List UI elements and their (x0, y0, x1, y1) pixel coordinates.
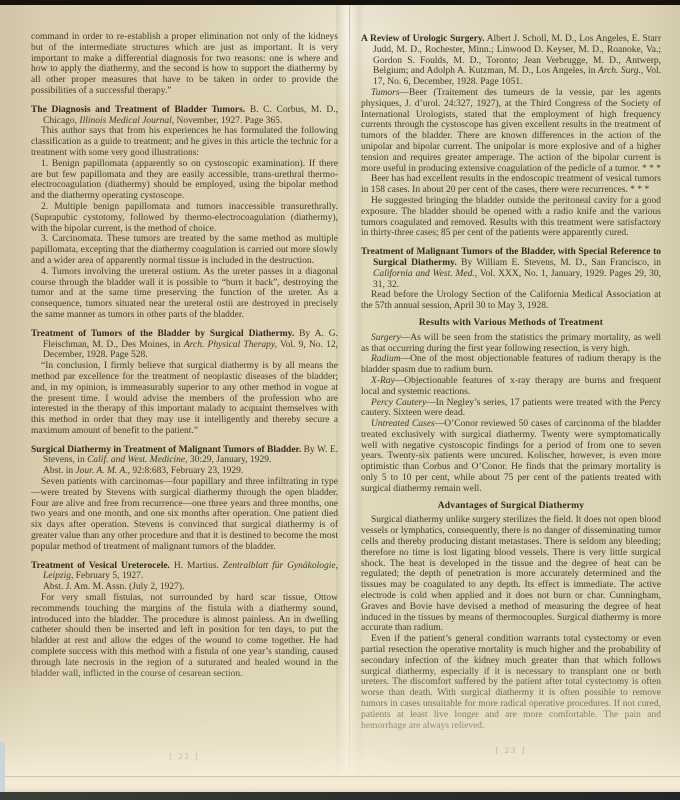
left-page: command in order to re-establish a prope… (31, 32, 338, 778)
entry-heading: The Diagnosis and Treatment of Bladder T… (31, 105, 338, 127)
paragraph: 1. Benign papillomata (apparently so on … (31, 159, 338, 202)
entry-heading: Treatment of Tumors of the Bladder by Su… (31, 329, 338, 361)
reference-line: Abst. in Jour. A. M. A., 92:8:683, Febru… (31, 466, 338, 477)
paragraph: For very small fistulas, not surrounded … (31, 593, 338, 679)
paragraph: He suggested bringing the bladder outsid… (361, 196, 661, 239)
reference-line: Abst. J. Am. M. Assn. (July 2, 1927). (31, 582, 338, 593)
paragraph: Untreated Cases—O’Conor reviewed 50 case… (361, 419, 661, 495)
paragraph: Radium—One of the most objectionable fea… (361, 354, 661, 376)
entry-heading: A Review of Urologic Surgery. Albert J. … (361, 34, 661, 88)
book-gutter-fold (336, 5, 364, 778)
book-spread-photo: command in order to re-establish a prope… (0, 0, 680, 800)
right-page-content: A Review of Urologic Surgery. Albert J. … (361, 34, 661, 731)
entry-heading: Surgical Diathermy in Treatment of Malig… (31, 445, 338, 467)
right-page: A Review of Urologic Surgery. Albert J. … (361, 26, 661, 778)
page-stack-edge (0, 776, 680, 792)
paragraph: Surgical diathermy unlike surgery steril… (361, 515, 661, 634)
page-number-right: [ 23 ] (361, 745, 661, 756)
paragraph: 2. Multiple benign papillomata and tumor… (31, 202, 338, 234)
page-number-left: [ 22 ] (31, 751, 338, 762)
paragraph: 4. Tumors involving the ureteral ostium.… (31, 267, 338, 321)
paragraph: Seven patients with carcinomas—four papi… (31, 477, 338, 553)
paragraph: Surgery—As will be seen from the statist… (361, 333, 661, 355)
open-book-pages: command in order to re-establish a prope… (0, 5, 680, 778)
paragraph: “In conclusion, I firmly believe that su… (31, 361, 338, 437)
left-page-content: command in order to re-establish a prope… (31, 32, 338, 679)
paragraph: 3. Carcinomata. These tumors are treated… (31, 234, 338, 266)
entry-heading: Treatment of Vesical Ureterocele. H. Mar… (31, 561, 338, 583)
paragraph: Percy Cautery—In Negley’s series, 17 pat… (361, 398, 661, 420)
paragraph: Even if the patient’s general condition … (361, 634, 661, 731)
paragraph: Read before the Urology Section of the C… (361, 290, 661, 312)
left-cover-edge (0, 742, 5, 794)
paragraph: Tumors—Beer (Traitement des tumeurs de l… (361, 88, 661, 174)
paragraph: This author says that from his experienc… (31, 126, 338, 158)
paragraph: X-Ray—Objectionable features of x-ray th… (361, 376, 661, 398)
paragraph: Beer has had excellent results in the en… (361, 174, 661, 196)
section-heading: Advantages of Surgical Diathermy (361, 501, 661, 512)
section-heading: Results with Various Methods of Treatmen… (361, 318, 661, 329)
paragraph: command in order to re-establish a prope… (31, 32, 338, 97)
table-surface (0, 792, 680, 800)
entry-heading: Treatment of Malignant Tumors of the Bla… (361, 247, 661, 290)
